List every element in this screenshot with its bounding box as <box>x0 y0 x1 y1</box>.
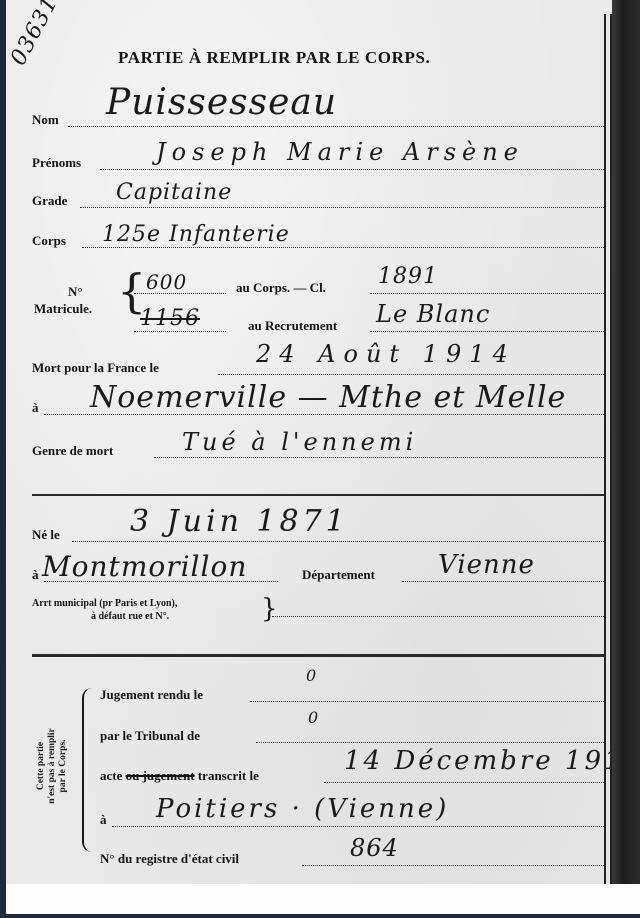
value-jugement: 0 <box>306 666 317 685</box>
label-naissance: Né le <box>32 527 60 543</box>
value-mort-date: 24 Août 1914 <box>256 340 516 368</box>
label-grade: Grade <box>32 193 67 209</box>
side-note: Cette partie n'est pas à remplir par le … <box>36 696 69 836</box>
value-transcrit: 14 Décembre 1914 <box>344 746 640 776</box>
label-transcrit-lieu: à <box>100 812 107 828</box>
struck-jugement: ou jugement <box>126 768 195 783</box>
archive-number: 03631 <box>6 0 63 70</box>
label-prenoms: Prénoms <box>32 155 81 171</box>
label-arrondissement: Arrt municipal (pr Paris et Lyon), <box>32 598 177 609</box>
label-mort: Mort pour la France le <box>32 360 159 376</box>
value-matricule-corps: 600 <box>146 270 187 294</box>
label-jugement: Jugement rendu le <box>100 687 203 703</box>
bottom-margin <box>6 884 640 914</box>
label-mort-lieu: à <box>32 400 39 416</box>
value-transcrit-lieu: Poitiers · (Vienne) <box>156 794 449 824</box>
value-naissance-lieu: Montmorillon <box>42 550 247 583</box>
value-recrutement-place: Le Blanc <box>376 300 490 328</box>
label-matricule: Matricule. <box>34 301 92 317</box>
label-corps: Corps <box>32 233 66 249</box>
value-tribunal: 0 <box>308 708 319 727</box>
label-nom: Nom <box>32 112 59 128</box>
label-au-recrutement: au Recrutement <box>248 318 337 334</box>
value-registre: 864 <box>350 834 399 862</box>
label-naissance-lieu: à <box>32 567 39 583</box>
document-scan: 03631 PARTIE À REMPLIR PAR LE CORPS. Nom… <box>6 0 640 884</box>
value-prenoms: Joseph Marie Arsène <box>156 138 524 166</box>
value-naissance: 3 Juin 1871 <box>130 504 349 539</box>
arrondissement-brace: } <box>261 596 278 622</box>
label-au-corps: au Corps. — Cl. <box>236 280 326 296</box>
value-departement: Vienne <box>438 550 535 580</box>
value-mort-lieu: Noemerville — Mthe et Melle <box>90 380 566 415</box>
form-title: PARTIE À REMPLIR PAR LE CORPS. <box>118 48 430 68</box>
bottom-border <box>0 914 640 918</box>
label-tribunal: par le Tribunal de <box>100 728 200 744</box>
label-matricule-no: N° <box>68 284 83 300</box>
value-grade: Capitaine <box>116 180 232 205</box>
civil-section-brace <box>82 688 92 852</box>
label-departement: Département <box>302 567 375 583</box>
scan-shadow-edge <box>612 0 640 884</box>
value-corps: 125e Infanterie <box>102 222 290 247</box>
value-matricule-recrutement: 1156 <box>140 306 200 331</box>
label-registre: N° du registre d'état civil <box>100 851 239 867</box>
label-genre-mort: Genre de mort <box>32 443 113 459</box>
value-classe: 1891 <box>378 264 438 289</box>
label-transcrit: acte ou jugement transcrit le <box>100 768 259 784</box>
label-arrondissement-rue: à défaut rue et N°. <box>91 611 169 622</box>
value-nom: Puissesseau <box>106 82 337 123</box>
value-genre-mort: Tué à l'ennemi <box>182 428 417 456</box>
